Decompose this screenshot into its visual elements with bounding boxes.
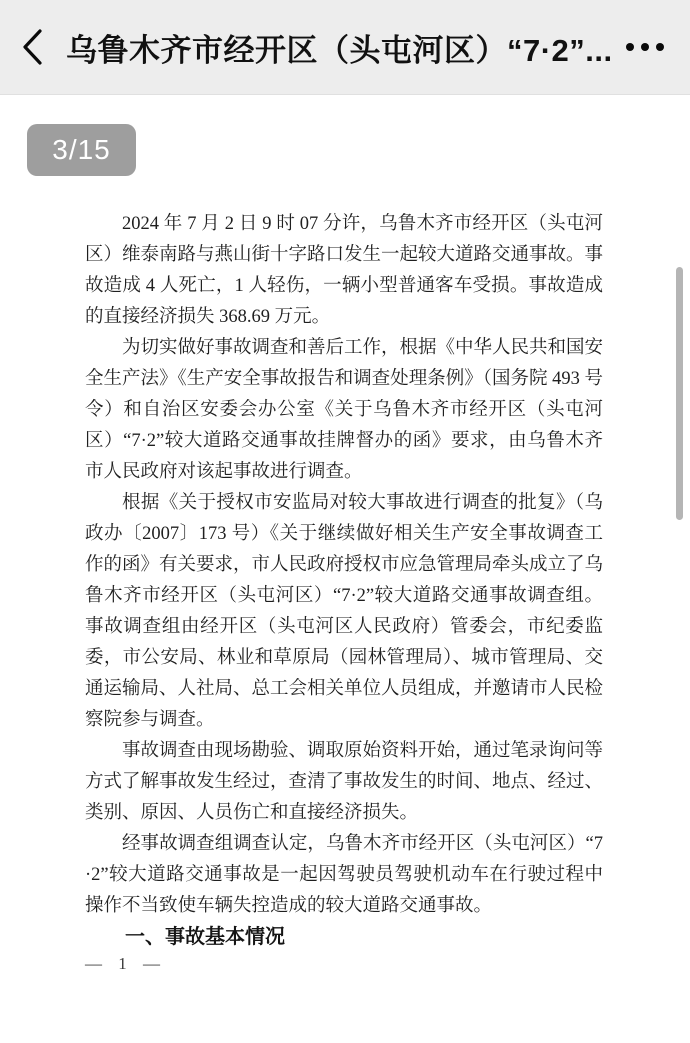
ellipsis-icon bbox=[656, 43, 664, 51]
paragraph: 经事故调查组调查认定，乌鲁木齐市经开区（头屯河区）“7·2”较大道路交通事故是一… bbox=[85, 829, 603, 922]
page-title: 乌鲁木齐市经开区（头屯河区）“7·2”... bbox=[66, 25, 622, 70]
document-viewer: { "header": { "back_icon": "chevron-left… bbox=[0, 0, 690, 1043]
page-indicator-badge: 3/15 bbox=[27, 124, 136, 176]
paragraph: 2024 年 7 月 2 日 9 时 07 分许，乌鲁木齐市经开区（头屯河区）维… bbox=[85, 209, 603, 333]
back-button[interactable] bbox=[20, 23, 60, 71]
ellipsis-icon bbox=[626, 43, 634, 51]
ellipsis-icon bbox=[641, 43, 649, 51]
section-heading: 一、事故基本情况 bbox=[85, 922, 603, 953]
paragraph: 根据《关于授权市安监局对较大事故进行调查的批复》（乌政办〔2007〕173 号）… bbox=[85, 488, 603, 736]
page-number: — 1 — bbox=[85, 955, 162, 973]
paragraph: 为切实做好事故调查和善后工作，根据《中华人民共和国安全生产法》《生产安全事故报告… bbox=[85, 333, 603, 488]
nav-bar: 乌鲁木齐市经开区（头屯河区）“7·2”... bbox=[0, 0, 690, 95]
document-page: 2024 年 7 月 2 日 9 时 07 分许，乌鲁木齐市经开区（头屯河区）维… bbox=[85, 209, 603, 953]
chevron-left-icon bbox=[20, 27, 44, 67]
paragraph: 事故调查由现场勘验、调取原始资料开始，通过笔录询问等方式了解事故发生经过，查清了… bbox=[85, 736, 603, 829]
scrollbar-thumb[interactable] bbox=[676, 267, 683, 520]
more-menu-button[interactable] bbox=[622, 33, 668, 61]
